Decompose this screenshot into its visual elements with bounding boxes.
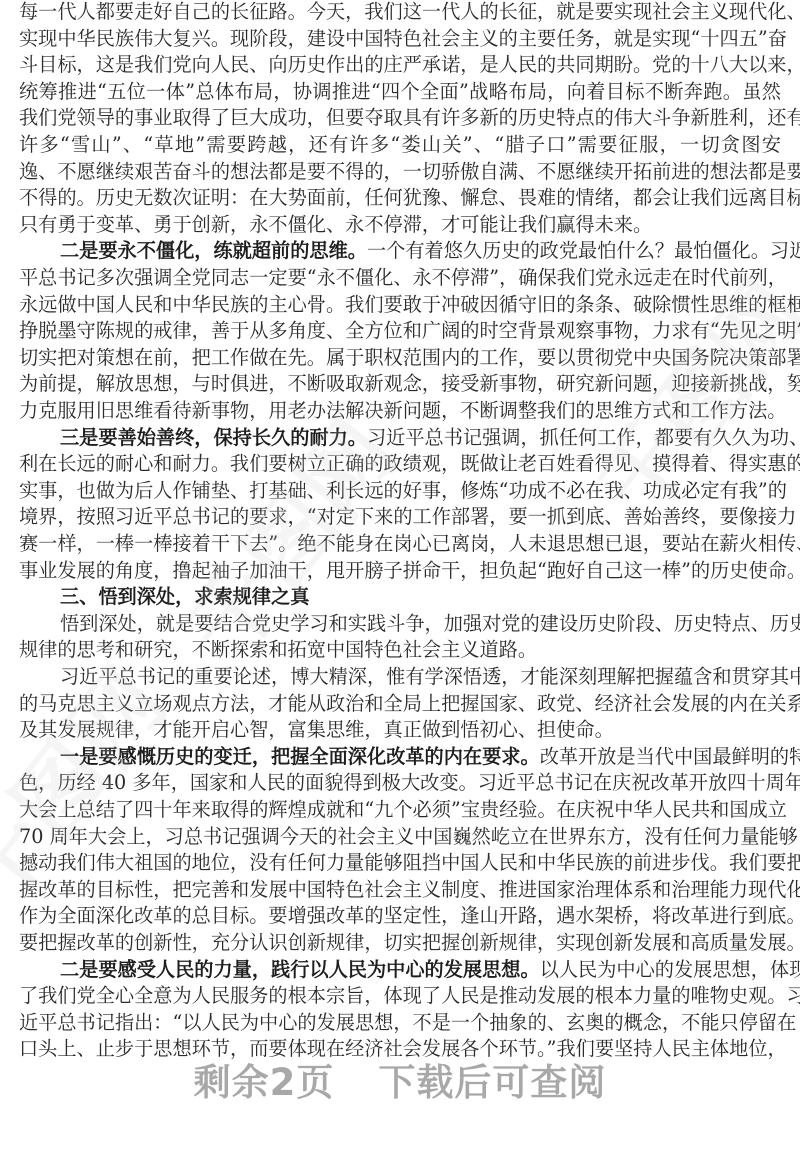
line-text: 习近平总书记的重要论述，博大精深，惟有学深悟透，才能深刻理解把握蕴含和贯穿其中 <box>60 665 800 688</box>
text-line: 平总书记多次强调全党同志一定要“永不僵化、永不停滞”，确保我们党永远走在时代前列… <box>19 265 781 292</box>
line-text: 斗目标，这是我们党向人民、向历史作出的庄严承诺，是人民的共同期盼。党的十八大以来… <box>19 53 800 76</box>
text-line: 三是要善始善终，保持长久的耐力。习近平总书记强调，抓任何工作，都要有久久为功、 <box>60 425 781 452</box>
text-line: 作为全面深化改革的总目标。要增强改革的坚定性，逢山开路，遇水架桥，将改革进行到底… <box>19 903 781 930</box>
text-line: 了我们党全心全意为人民服务的根本宗旨，体现了人民是推动发展的根本力量的唯物史观。… <box>19 983 781 1010</box>
line-text: 境界，按照习近平总书记的要求，“对定下来的工作部署，要一抓到底、善始善终，要像接… <box>19 505 796 528</box>
text-line: 色，历经 40 多年，国家和人民的面貌得到极大改变。习近平总书记在庆祝改革开放四… <box>19 770 781 797</box>
line-text: 要把握改革的创新性，充分认识创新规律，切实把握创新规律，实现创新发展和高质量发展… <box>19 931 800 954</box>
section-heading: 三、悟到深处，求索规律之真 <box>60 584 781 611</box>
text-line: 近平总书记指出：“以人民为中心的发展思想，不是一个抽象的、玄奥的概念，不能只停留… <box>19 1010 781 1037</box>
line-text: 色，历经 40 多年，国家和人民的面貌得到极大改变。习近平总书记在庆祝改革开放四… <box>19 771 800 794</box>
line-text: 及其发展规律，才能开启心智，富集思维，真正做到悟初心、担使命。 <box>19 718 614 741</box>
line-text: 改革开放是当代中国最鲜明的特 <box>540 745 800 768</box>
text-line: 一是要感慨历史的变迁，把握全面深化改革的内在要求。改革开放是当代中国最鲜明的特 <box>60 744 781 771</box>
text-line: 境界，按照习近平总书记的要求，“对定下来的工作部署，要一抓到底、善始善终，要像接… <box>19 504 781 531</box>
line-text: 事业发展的角度，撸起袖子加油干，甩开膀子拼命干，担负起“跑好自己这一棒”的历史使… <box>19 559 800 582</box>
text-line: 悟到深处，就是要结合党史学习和实践斗争，加强对党的建设历史阶段、历史特点、历史 <box>60 611 781 638</box>
remaining-pages-label: 剩余2页 <box>194 1061 335 1104</box>
line-text: 不得的。历史无数次证明：在大势面前，任何犹豫、懈怠、畏难的情绪，都会让我们远离目… <box>19 186 800 209</box>
text-line: 斗目标，这是我们党向人民、向历史作出的庄严承诺，是人民的共同期盼。党的十八大以来… <box>19 52 781 79</box>
line-text: 永远做中国人民和中华民族的主心骨。我们要敢于冲破因循守旧的条条、破除惯性思维的框… <box>19 293 800 316</box>
line-text: 70 周年大会上，习总书记强调今天的社会主义中国巍然屹立在世界东方，没有任何力量… <box>19 825 798 848</box>
download-to-view-label[interactable]: 下载后可查阅 <box>378 1061 606 1104</box>
line-text: 力克服用旧思维看待新事物，用老办法解决新问题，不断调整我们的思维方式和工作方法。 <box>19 399 787 422</box>
text-line: 我们党领导的事业取得了巨大成功，但要夺取具有许多新的历史特点的伟大斗争新胜利，还… <box>19 105 781 132</box>
text-line: 为前提，解放思想，与时俱进，不断吸取新观念，接受新事物，研究新问题，迎接新挑战，… <box>19 371 781 398</box>
text-line: 逸、不愿继续艰苦奋斗的想法都是要不得的，一切骄傲自满、不愿继续开拓前进的想法都是… <box>19 159 781 186</box>
line-text: 平总书记多次强调全党同志一定要“永不僵化、永不停滞”，确保我们党永远走在时代前列… <box>19 266 787 289</box>
text-line: 实现中华民族伟大复兴。现阶段，建设中国特色社会主义的主要任务，就是实现“十四五”… <box>19 26 781 53</box>
line-text: 大会上总结了四十年来取得的辉煌成就和“九个必须”宝贵经验。在庆祝中华人民共和国成… <box>19 798 787 821</box>
text-line: 利在长远的耐心和耐力。我们要树立正确的政绩观，既做让老百姓看得见、摸得着、得实惠… <box>19 451 781 478</box>
text-line: 大会上总结了四十年来取得的辉煌成就和“九个必须”宝贵经验。在庆祝中华人民共和国成… <box>19 797 781 824</box>
text-line: 的马克思主义立场观点方法，才能从政治和全局上把握国家、政党、经济社会发展的内在关… <box>19 691 781 718</box>
text-line: 二是要永不僵化，练就超前的思维。一个有着悠久历史的政党最怕什么？最怕僵化。习近 <box>60 238 781 265</box>
text-line: 握改革的目标性，把完善和发展中国特色社会主义制度、推进国家治理体系和治理能力现代… <box>19 877 781 904</box>
bold-lead-sentence: 一是要感慨历史的变迁，把握全面深化改革的内在要求。 <box>60 745 540 768</box>
line-text: 利在长远的耐心和耐力。我们要树立正确的政绩观，既做让老百姓看得见、摸得着、得实惠… <box>19 452 800 475</box>
line-text: 一个有着悠久历史的政党最怕什么？最怕僵化。习近 <box>367 239 800 262</box>
download-prompt[interactable]: 剩余2页下载后可查阅 <box>0 1052 800 1106</box>
line-text: 握改革的目标性，把完善和发展中国特色社会主义制度、推进国家治理体系和治理能力现代… <box>19 878 800 901</box>
line-text: 许多“雪山”、“草地”需要跨越，还有许多“娄山关”、“腊子口”需要征服，一切贪图… <box>19 133 781 156</box>
text-line: 习近平总书记的重要论述，博大精深，惟有学深悟透，才能深刻理解把握蕴含和贯穿其中 <box>60 664 781 691</box>
line-text: 习近平总书记强调，抓任何工作，都要有久久为功、 <box>367 426 800 449</box>
text-line: 力克服用旧思维看待新事物，用老办法解决新问题，不断调整我们的思维方式和工作方法。 <box>19 398 781 425</box>
line-text: 赛一样，一棒一棒接着干下去”。绝不能身在岗心已离岗，人未退思想已退，要站在薪火相… <box>19 532 800 555</box>
text-line: 只有勇于变革、勇于创新，永不僵化、永不停滞，才可能让我们赢得未来。 <box>19 212 781 239</box>
line-text: 的马克思主义立场观点方法，才能从政治和全局上把握国家、政党、经济社会发展的内在关… <box>19 692 800 715</box>
text-line: 切实把对策想在前，把工作做在先。属于职权范围内的工作，要以贯彻党中央国务院决策部… <box>19 345 781 372</box>
text-line: 规律的思考和研究，不断探索和拓宽中国特色社会主义道路。 <box>19 637 781 664</box>
line-text: 撼动我们伟大祖国的地位，没有任何力量能够阻挡中国人民和中华民族的前进步伐。我们要… <box>19 851 800 874</box>
line-text: 挣脱墨守陈规的戒律，善于从多角度、全方位和广阔的时空背景观察事物，力求有“先见之… <box>19 319 800 342</box>
line-text: 逸、不愿继续艰苦奋斗的想法都是要不得的，一切骄傲自满、不愿继续开拓前进的想法都是… <box>19 160 800 183</box>
text-line: 及其发展规律，才能开启心智，富集思维，真正做到悟初心、担使命。 <box>19 717 781 744</box>
text-line: 实事，也做为后人作铺垫、打基础、利长远的好事，修炼“功成不必在我、功成必定有我”… <box>19 478 781 505</box>
text-line: 统筹推进“五位一体”总体布局，协调推进“四个全面”战略布局，向着目标不断奔跑。虽… <box>19 79 781 106</box>
line-text: 实现中华民族伟大复兴。现阶段，建设中国特色社会主义的主要任务，就是实现“十四五”… <box>19 27 787 50</box>
heading-text: 三、悟到深处，求索规律之真 <box>60 585 309 608</box>
text-line: 许多“雪山”、“草地”需要跨越，还有许多“娄山关”、“腊子口”需要征服，一切贪图… <box>19 132 781 159</box>
line-text: 悟到深处，就是要结合党史学习和实践斗争，加强对党的建设历史阶段、历史特点、历史 <box>60 612 800 635</box>
line-text: 规律的思考和研究，不断探索和拓宽中国特色社会主义道路。 <box>19 638 537 661</box>
line-text: 为前提，解放思想，与时俱进，不断吸取新观念，接受新事物，研究新问题，迎接新挑战，… <box>19 372 800 395</box>
text-line: 赛一样，一棒一棒接着干下去”。绝不能身在岗心已离岗，人未退思想已退，要站在薪火相… <box>19 531 781 558</box>
line-text: 我们党领导的事业取得了巨大成功，但要夺取具有许多新的历史特点的伟大斗争新胜利，还… <box>19 106 800 129</box>
line-text: 统筹推进“五位一体”总体布局，协调推进“四个全面”战略布局，向着目标不断奔跑。虽… <box>19 80 781 103</box>
text-line: 永远做中国人民和中华民族的主心骨。我们要敢于冲破因循守旧的条条、破除惯性思维的框… <box>19 292 781 319</box>
line-text: 了我们党全心全意为人民服务的根本宗旨，体现了人民是推动发展的根本力量的唯物史观。… <box>19 984 800 1007</box>
line-text: 只有勇于变革、勇于创新，永不僵化、永不停滞，才可能让我们赢得未来。 <box>19 213 652 236</box>
text-line: 事业发展的角度，撸起袖子加油干，甩开膀子拼命干，担负起“跑好自己这一棒”的历史使… <box>19 558 781 585</box>
text-line: 不得的。历史无数次证明：在大势面前，任何犹豫、懈怠、畏难的情绪，都会让我们远离目… <box>19 185 781 212</box>
line-text: 实事，也做为后人作铺垫、打基础、利长远的好事，修炼“功成不必在我、功成必定有我”… <box>19 479 787 502</box>
text-line: 每一代人都要走好自己的长征路。今天，我们这一代人的长征，就是要实现社会主义现代化… <box>19 0 781 26</box>
bold-lead-sentence: 二是要感受人民的力量，践行以人民为中心的发展思想。 <box>60 958 540 981</box>
bold-lead-sentence: 三是要善始善终，保持长久的耐力。 <box>60 426 367 449</box>
text-line: 二是要感受人民的力量，践行以人民为中心的发展思想。以人民为中心的发展思想，体现 <box>60 957 781 984</box>
text-line: 70 周年大会上，习总书记强调今天的社会主义中国巍然屹立在世界东方，没有任何力量… <box>19 824 781 851</box>
bold-lead-sentence: 二是要永不僵化，练就超前的思维。 <box>60 239 367 262</box>
line-text: 作为全面深化改革的总目标。要增强改革的坚定性，逢山开路，遇水架桥，将改革进行到底… <box>19 904 800 927</box>
text-line: 挣脱墨守陈规的戒律，善于从多角度、全方位和广阔的时空背景观察事物，力求有“先见之… <box>19 318 781 345</box>
text-line: 撼动我们伟大祖国的地位，没有任何力量能够阻挡中国人民和中华民族的前进步伐。我们要… <box>19 850 781 877</box>
line-text: 切实把对策想在前，把工作做在先。属于职权范围内的工作，要以贯彻党中央国务院决策部… <box>19 346 800 369</box>
line-text: 以人民为中心的发展思想，体现 <box>540 958 800 981</box>
text-line: 要把握改革的创新性，充分认识创新规律，切实把握创新规律，实现创新发展和高质量发展… <box>19 930 781 957</box>
line-text: 近平总书记指出：“以人民为中心的发展思想，不是一个抽象的、玄奥的概念，不能只停留… <box>19 1011 796 1034</box>
line-text: 每一代人都要走好自己的长征路。今天，我们这一代人的长征，就是要实现社会主义现代化… <box>19 0 800 23</box>
